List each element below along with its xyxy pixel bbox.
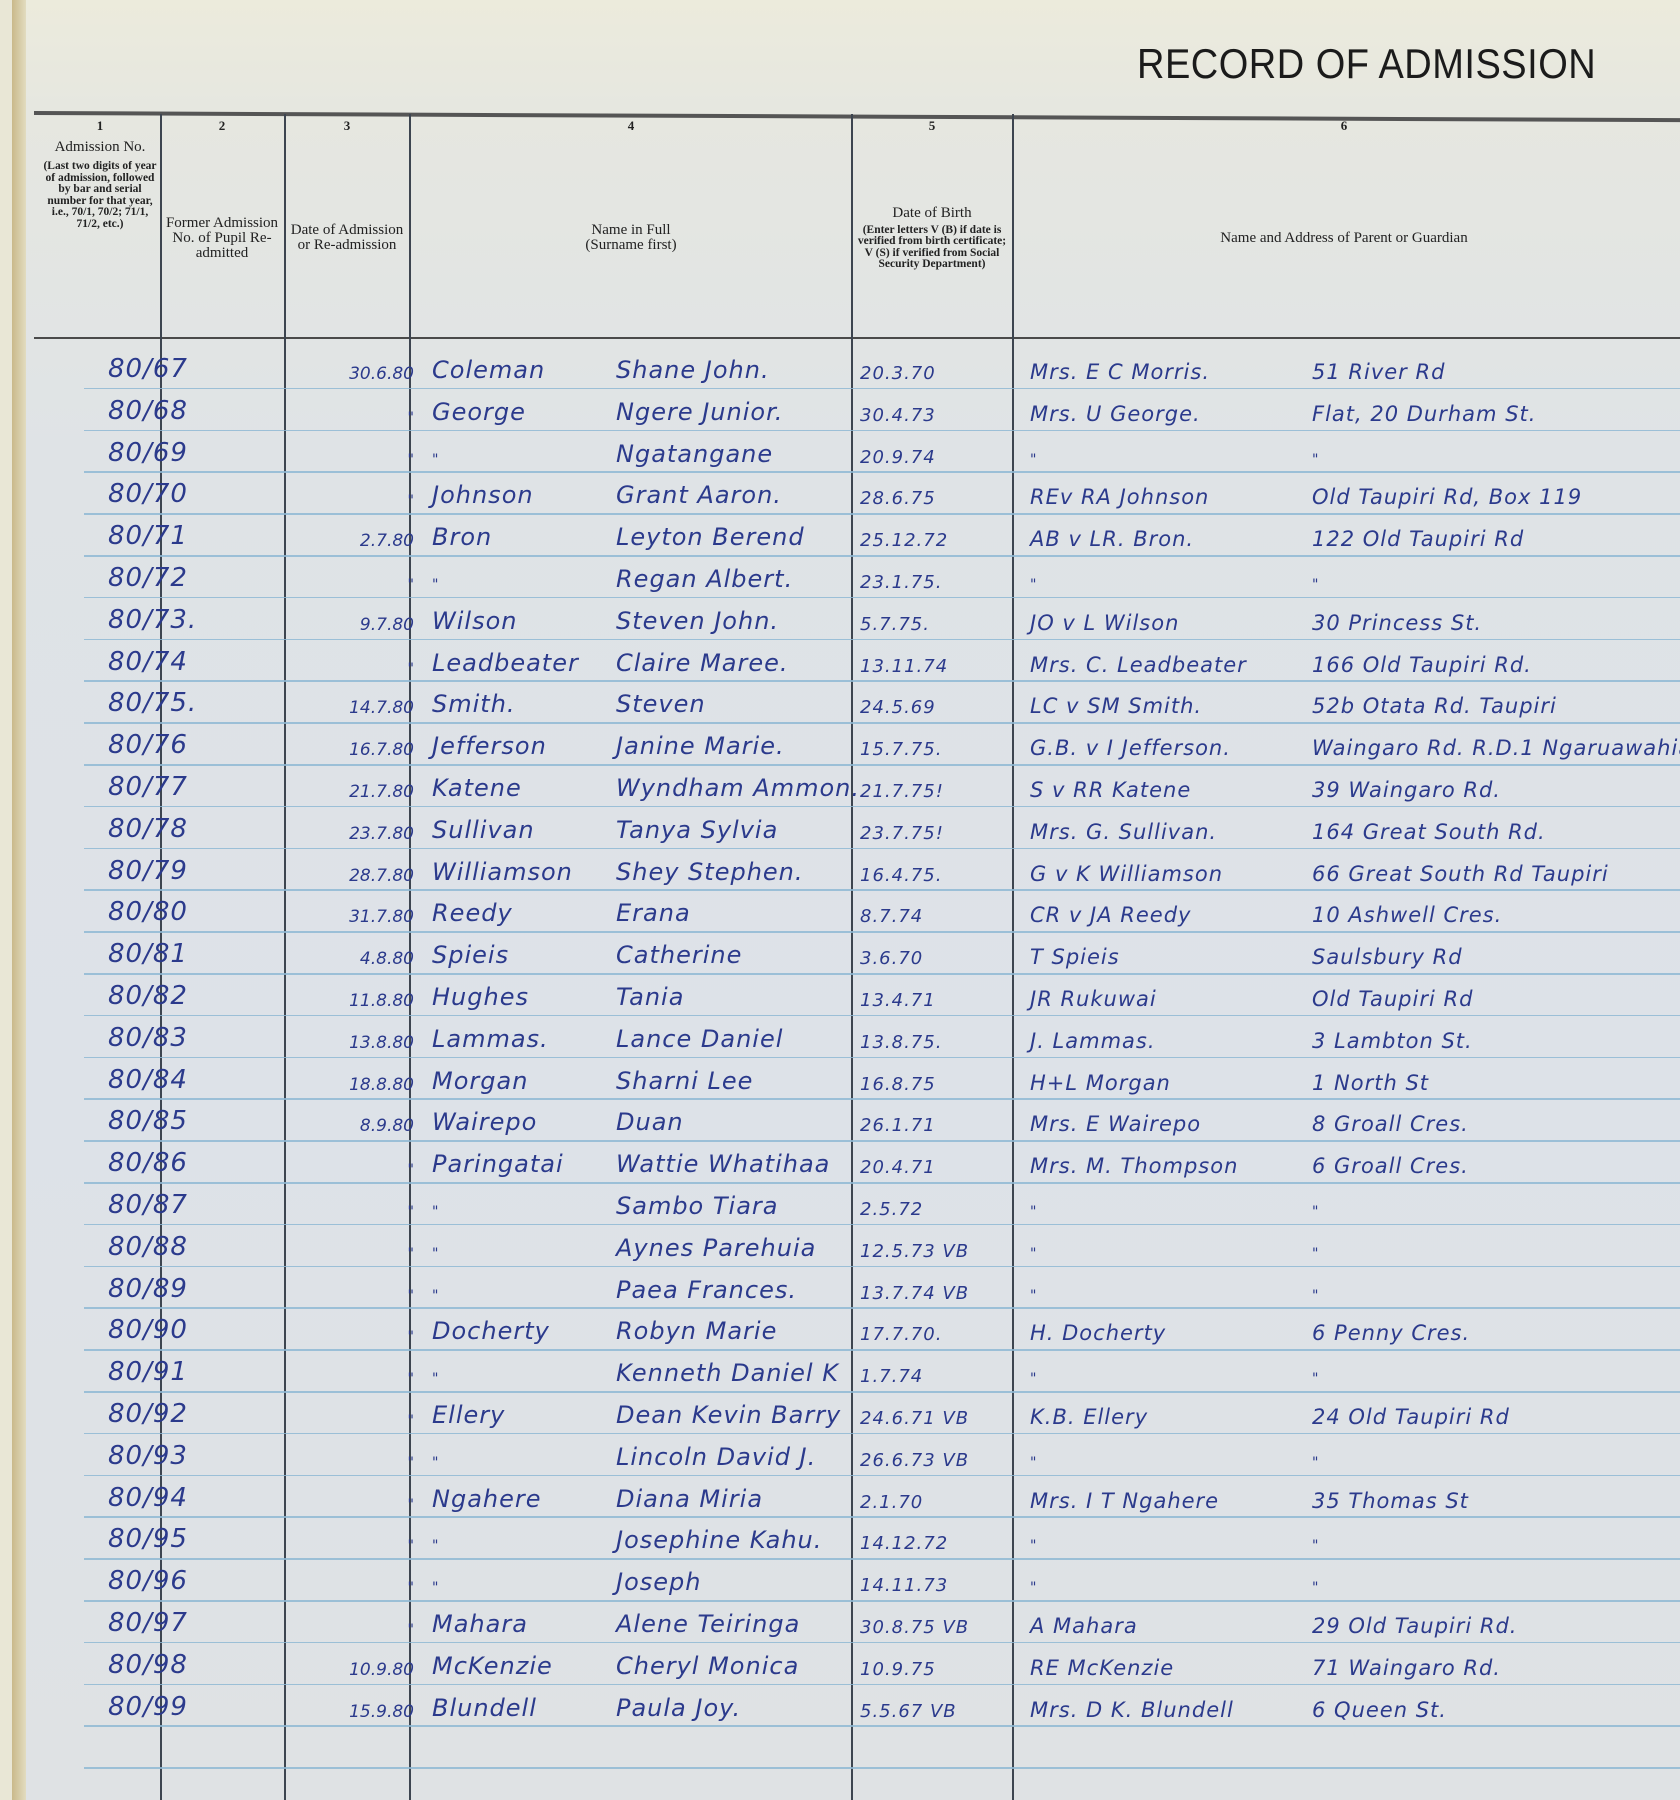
date-of-birth: 10.9.75 (860, 1659, 1020, 1680)
date-of-birth: 16.4.75. (860, 865, 1020, 886)
table-row: 80/73. 9.7.80 Wilson Steven John. 5.7.75… (12, 607, 1680, 638)
parent-name: LC v SM Smith. (1030, 694, 1202, 718)
admission-number: 80/75. (108, 688, 197, 718)
surname: Lammas. (432, 1025, 549, 1053)
date-of-birth: 13.8.75. (860, 1032, 1020, 1053)
given-names: Duan (616, 1108, 684, 1136)
parent-name: " (1030, 1538, 1037, 1554)
parent-name: " (1030, 1455, 1037, 1471)
surname: " (432, 1455, 439, 1471)
table-row: 80/92 " Ellery Dean Kevin Barry 24.6.71 … (12, 1401, 1680, 1432)
admission-number: 80/76 (108, 730, 188, 760)
admission-number: 80/92 (108, 1399, 188, 1429)
ruled-line (84, 1767, 1680, 1769)
given-names: Cheryl Monica (616, 1652, 799, 1680)
surname: Jefferson (432, 732, 547, 760)
table-row: 80/89 " " Paea Frances. 13.7.74 VB " " (12, 1276, 1680, 1307)
parent-name: H. Docherty (1030, 1321, 1166, 1345)
parent-address: " (1312, 1455, 1319, 1471)
parent-name: Mrs. M. Thompson (1030, 1154, 1238, 1178)
column-header-dob: 5 Date of Birth (Enter letters V (B) if … (854, 118, 1010, 336)
date-of-admission: 16.7.80 (294, 740, 414, 760)
date-of-admission: " (294, 1288, 414, 1304)
table-row: 80/76 16.7.80 Jefferson Janine Marie. 15… (12, 732, 1680, 763)
table-row: 80/94 " Ngahere Diana Miria 2.1.70 Mrs. … (12, 1485, 1680, 1516)
given-names: Ngere Junior. (616, 398, 783, 426)
table-row: 80/77 21.7.80 Katene Wyndham Ammon. 21.7… (12, 774, 1680, 805)
date-of-admission: 11.8.80 (294, 991, 414, 1011)
parent-name: JR Rukuwai (1030, 987, 1157, 1011)
date-of-birth: 26.6.73 VB (860, 1450, 1020, 1471)
table-row: 80/84 18.8.80 Morgan Sharni Lee 16.8.75 … (12, 1067, 1680, 1098)
surname: " (432, 1538, 439, 1554)
date-of-birth: 5.5.67 VB (860, 1701, 1020, 1722)
given-names: Paula Joy. (616, 1694, 741, 1722)
date-of-admission: " (294, 661, 414, 677)
admission-number: 80/70 (108, 479, 188, 509)
surname: McKenzie (432, 1652, 553, 1680)
column-note: (Surname first) (585, 238, 676, 253)
parent-address: 24 Old Taupiri Rd (1312, 1405, 1510, 1429)
parent-address: Flat, 20 Durham St. (1312, 402, 1536, 426)
admission-number: 80/91 (108, 1357, 188, 1387)
parent-name: Mrs. E Wairepo (1030, 1112, 1201, 1136)
date-of-birth: 20.4.71 (860, 1157, 1020, 1178)
ruled-line (84, 764, 1680, 766)
parent-address: Old Taupiri Rd, Box 119 (1312, 485, 1582, 509)
column-number: 5 (929, 118, 936, 134)
surname: Johnson (432, 481, 534, 509)
surname: Wairepo (432, 1108, 537, 1136)
column-heading: Name and Address of Parent or Guardian (1220, 231, 1467, 246)
surname: Katene (432, 774, 522, 802)
parent-name: G.B. v I Jefferson. (1030, 736, 1231, 760)
admission-number: 80/80 (108, 897, 188, 927)
parent-name: G v K Williamson (1030, 862, 1223, 886)
admission-number: 80/88 (108, 1232, 188, 1262)
surname: Blundell (432, 1694, 537, 1722)
parent-address: " (1312, 1580, 1319, 1596)
parent-name: " (1030, 1371, 1037, 1387)
given-names: Leyton Berend (616, 523, 805, 551)
date-of-admission: 28.7.80 (294, 866, 414, 886)
surname: " (432, 1371, 439, 1387)
admission-number: 80/72 (108, 563, 188, 593)
given-names: Diana Miria (616, 1485, 763, 1513)
ruled-line (84, 1182, 1680, 1184)
surname: " (432, 1204, 439, 1220)
table-row: 80/75. 14.7.80 Smith. Steven 24.5.69 LC … (12, 690, 1680, 721)
parent-address: 1 North St (1312, 1071, 1429, 1095)
date-of-admission: 10.9.80 (294, 1660, 414, 1680)
date-of-birth: 23.7.75! (860, 823, 1020, 844)
table-row: 80/74 " Leadbeater Claire Maree. 13.11.7… (12, 649, 1680, 680)
admission-number: 80/74 (108, 647, 188, 677)
table-row: 80/82 11.8.80 Hughes Tania 13.4.71 JR Ru… (12, 983, 1680, 1014)
date-of-birth: 24.5.69 (860, 697, 1020, 718)
ruled-line (84, 973, 1680, 975)
column-header-former-admission: 2 Former Admission No. of Pupil Re-admit… (162, 118, 282, 336)
parent-name: Mrs. U George. (1030, 402, 1201, 426)
date-of-birth: 5.7.75. (860, 614, 1020, 635)
ruled-line (84, 1349, 1680, 1351)
date-of-birth: 2.5.72 (860, 1199, 1020, 1220)
parent-name: CR v JA Reedy (1030, 903, 1191, 927)
column-note: (Last two digits of year of admission, f… (42, 161, 158, 230)
surname: Williamson (432, 858, 573, 886)
date-of-birth: 25.12.72 (860, 530, 1020, 551)
parent-address: 8 Groall Cres. (1312, 1112, 1469, 1136)
admission-number: 80/67 (108, 354, 188, 384)
table-row: 80/98 10.9.80 McKenzie Cheryl Monica 10.… (12, 1652, 1680, 1683)
table-row: 80/96 " " Joseph 14.11.73 " " (12, 1568, 1680, 1599)
date-of-birth: 21.7.75! (860, 781, 1020, 802)
parent-name: " (1030, 452, 1037, 468)
ruled-line (84, 1558, 1680, 1560)
given-names: Paea Frances. (616, 1276, 797, 1304)
given-names: Wattie Whatihaa (616, 1150, 830, 1178)
given-names: Josephine Kahu. (616, 1526, 822, 1554)
date-of-admission: " (294, 1371, 414, 1387)
given-names: Claire Maree. (616, 649, 789, 677)
parent-address: " (1312, 1204, 1319, 1220)
column-heading: Former Admission No. of Pupil Re-admitte… (162, 216, 282, 261)
parent-name: " (1030, 1288, 1037, 1304)
parent-name: JO v L Wilson (1030, 611, 1179, 635)
ruled-line (84, 1057, 1680, 1059)
column-header-name: 4 Name in Full (Surname first) (412, 118, 850, 336)
parent-address: 166 Old Taupiri Rd. (1312, 653, 1532, 677)
admission-number: 80/98 (108, 1650, 188, 1680)
date-of-admission: " (294, 1497, 414, 1513)
parent-address: 29 Old Taupiri Rd. (1312, 1614, 1517, 1638)
date-of-admission: " (294, 1580, 414, 1596)
given-names: Sharni Lee (616, 1067, 753, 1095)
ruled-line (84, 1600, 1680, 1602)
table-row: 80/93 " " Lincoln David J. 26.6.73 VB " … (12, 1443, 1680, 1474)
given-names: Wyndham Ammon. (616, 774, 860, 802)
parent-address: " (1312, 577, 1319, 593)
parent-name: Mrs. C. Leadbeater (1030, 653, 1247, 677)
surname: Morgan (432, 1067, 528, 1095)
column-note: (Enter letters V (B) if date is verified… (854, 225, 1010, 271)
ruled-line (84, 388, 1680, 390)
date-of-admission: 15.9.80 (294, 1702, 414, 1722)
ruled-line (84, 1307, 1680, 1309)
ruled-line (84, 1725, 1680, 1727)
admission-number: 80/77 (108, 772, 188, 802)
surname: " (432, 1580, 439, 1596)
given-names: Shane John. (616, 356, 770, 384)
date-of-birth: 8.7.74 (860, 906, 1020, 927)
column-header-parent: 6 Name and Address of Parent or Guardian (1014, 118, 1674, 336)
parent-name: " (1030, 1246, 1037, 1262)
surname: Paringatai (432, 1150, 564, 1178)
ruled-line (84, 806, 1680, 808)
parent-address: 6 Groall Cres. (1312, 1154, 1469, 1178)
ruled-line (84, 889, 1680, 891)
parent-address: Waingaro Rd. R.D.1 Ngaruawahia (1312, 736, 1680, 760)
table-row: 80/88 " " Aynes Parehuia 12.5.73 VB " " (12, 1234, 1680, 1265)
date-of-birth: 30.4.73 (860, 405, 1020, 426)
given-names: Lincoln David J. (616, 1443, 816, 1471)
date-of-birth: 30.8.75 VB (860, 1617, 1020, 1638)
admission-number: 80/89 (108, 1274, 188, 1304)
admission-number: 80/94 (108, 1483, 188, 1513)
column-heading: Admission No. (42, 140, 158, 155)
table-row: 80/69 " " Ngatangane 20.9.74 " " (12, 440, 1680, 471)
given-names: Aynes Parehuia (616, 1234, 816, 1262)
ruled-line (84, 1224, 1680, 1226)
page-title: RECORD OF ADMISSION (1137, 42, 1596, 89)
column-number: 4 (628, 118, 635, 134)
admission-number: 80/71 (108, 521, 188, 551)
date-of-admission: " (294, 1413, 414, 1429)
ruled-line (84, 1684, 1680, 1686)
surname: Mahara (432, 1610, 528, 1638)
parent-name: AB v LR. Bron. (1030, 527, 1194, 551)
date-of-birth: 15.7.75. (860, 739, 1020, 760)
date-of-admission: 4.8.80 (294, 949, 414, 969)
admission-number: 80/90 (108, 1315, 188, 1345)
date-of-birth: 16.8.75 (860, 1074, 1020, 1095)
date-of-birth: 23.1.75. (860, 572, 1020, 593)
date-of-birth: 13.7.74 VB (860, 1283, 1020, 1304)
parent-name: " (1030, 577, 1037, 593)
admission-number: 80/82 (108, 981, 188, 1011)
ruled-line (84, 1098, 1680, 1100)
ruled-line (84, 1433, 1680, 1435)
parent-address: " (1312, 1371, 1319, 1387)
date-of-admission: " (294, 1622, 414, 1638)
parent-name: Mrs. D K. Blundell (1030, 1698, 1234, 1722)
parent-name: RE McKenzie (1030, 1656, 1174, 1680)
date-of-admission: " (294, 1329, 414, 1345)
given-names: Sambo Tiara (616, 1192, 778, 1220)
surname: Coleman (432, 356, 545, 384)
ruled-line (84, 848, 1680, 850)
parent-address: 6 Penny Cres. (1312, 1321, 1470, 1345)
parent-name: H+L Morgan (1030, 1071, 1171, 1095)
surname: " (432, 577, 439, 593)
header-bottom-rule (34, 337, 1680, 339)
given-names: Tanya Sylvia (616, 816, 778, 844)
parent-address: 122 Old Taupiri Rd (1312, 527, 1524, 551)
ruled-line (84, 1475, 1680, 1477)
given-names: Ngatangane (616, 440, 773, 468)
date-of-admission: 8.9.80 (294, 1116, 414, 1136)
parent-address: 30 Princess St. (1312, 611, 1482, 635)
date-of-admission: 9.7.80 (294, 615, 414, 635)
parent-name: REv RA Johnson (1030, 485, 1209, 509)
surname: Ellery (432, 1401, 505, 1429)
surname: George (432, 398, 526, 426)
parent-name: A Mahara (1030, 1614, 1138, 1638)
parent-address: 71 Waingaro Rd. (1312, 1656, 1501, 1680)
column-header-admission-no: 1 Admission No. (Last two digits of year… (42, 118, 158, 336)
ruled-line (84, 555, 1680, 557)
date-of-admission: " (294, 452, 414, 468)
ruled-line (84, 1391, 1680, 1393)
parent-address: Saulsbury Rd (1312, 945, 1463, 969)
table-row: 80/91 " " Kenneth Daniel K 1.7.74 " " (12, 1359, 1680, 1390)
date-of-birth: 26.1.71 (860, 1115, 1020, 1136)
date-of-admission: 30.6.80 (294, 364, 414, 384)
ruled-line (84, 597, 1680, 599)
parent-name: T Spieis (1030, 945, 1120, 969)
table-row: 80/71 2.7.80 Bron Leyton Berend 25.12.72… (12, 523, 1680, 554)
parent-name: " (1030, 1580, 1037, 1596)
date-of-birth: 1.7.74 (860, 1366, 1020, 1387)
ledger-page: RECORD OF ADMISSION 1 Admission No. (Las… (12, 0, 1680, 1800)
date-of-admission: " (294, 577, 414, 593)
column-number: 2 (219, 118, 226, 134)
date-of-admission: 23.7.80 (294, 824, 414, 844)
date-of-admission: 31.7.80 (294, 907, 414, 927)
ruled-line (84, 1516, 1680, 1518)
column-heading: Name in Full (585, 223, 676, 238)
given-names: Grant Aaron. (616, 481, 782, 509)
surname: Bron (432, 523, 492, 551)
ruled-line (84, 430, 1680, 432)
given-names: Catherine (616, 941, 742, 969)
surname: Wilson (432, 607, 517, 635)
column-number: 3 (344, 118, 351, 134)
admission-number: 80/86 (108, 1148, 188, 1178)
date-of-birth: 14.12.72 (860, 1533, 1020, 1554)
surname: Smith. (432, 690, 516, 718)
table-row: 80/95 " " Josephine Kahu. 14.12.72 " " (12, 1526, 1680, 1557)
date-of-birth: 3.6.70 (860, 948, 1020, 969)
table-row: 80/72 " " Regan Albert. 23.1.75. " " (12, 565, 1680, 596)
table-row: 80/70 " Johnson Grant Aaron. 28.6.75 REv… (12, 481, 1680, 512)
ruled-line (84, 931, 1680, 933)
ruled-line (84, 1140, 1680, 1142)
admission-number: 80/79 (108, 856, 188, 886)
given-names: Robyn Marie (616, 1317, 777, 1345)
column-heading: Date of Birth (854, 206, 1010, 221)
parent-address: 66 Great South Rd Taupiri (1312, 862, 1609, 886)
parent-name: Mrs. I T Ngahere (1030, 1489, 1219, 1513)
surname: Spieis (432, 941, 509, 969)
parent-address: " (1312, 1246, 1319, 1262)
table-row: 80/97 " Mahara Alene Teiringa 30.8.75 VB… (12, 1610, 1680, 1641)
surname: Docherty (432, 1317, 550, 1345)
date-of-admission: " (294, 410, 414, 426)
table-row: 80/67 30.6.80 Coleman Shane John. 20.3.7… (12, 356, 1680, 387)
parent-address: 10 Ashwell Cres. (1312, 903, 1502, 927)
table-row: 80/68 " George Ngere Junior. 30.4.73 Mrs… (12, 398, 1680, 429)
given-names: Kenneth Daniel K (616, 1359, 839, 1387)
table-row: 80/87 " " Sambo Tiara 2.5.72 " " (12, 1192, 1680, 1223)
table-row: 80/99 15.9.80 Blundell Paula Joy. 5.5.67… (12, 1694, 1680, 1725)
table-row: 80/78 23.7.80 Sullivan Tanya Sylvia 23.7… (12, 816, 1680, 847)
date-of-admission: " (294, 1204, 414, 1220)
date-of-admission: 13.8.80 (294, 1033, 414, 1053)
column-number: 6 (1341, 118, 1348, 134)
table-row: 80/86 " Paringatai Wattie Whatihaa 20.4.… (12, 1150, 1680, 1181)
parent-address: 164 Great South Rd. (1312, 820, 1546, 844)
ruled-line (84, 722, 1680, 724)
surname: " (432, 1246, 439, 1262)
table-row: 80/79 28.7.80 Williamson Shey Stephen. 1… (12, 858, 1680, 889)
date-of-admission: 18.8.80 (294, 1075, 414, 1095)
surname: Hughes (432, 983, 529, 1011)
parent-address: 39 Waingaro Rd. (1312, 778, 1501, 802)
surname: " (432, 1288, 439, 1304)
parent-address: 6 Queen St. (1312, 1698, 1447, 1722)
date-of-admission: " (294, 493, 414, 509)
parent-name: K.B. Ellery (1030, 1405, 1148, 1429)
admission-number: 80/81 (108, 939, 188, 969)
parent-address: 35 Thomas St (1312, 1489, 1469, 1513)
date-of-birth: 20.9.74 (860, 447, 1020, 468)
surname: Ngahere (432, 1485, 542, 1513)
admission-number: 80/73. (108, 605, 197, 635)
column-heading: Date of Admission or Re-admission (286, 223, 408, 253)
table-row: 80/83 13.8.80 Lammas. Lance Daniel 13.8.… (12, 1025, 1680, 1056)
column-header-date-admission: 3 Date of Admission or Re-admission (286, 118, 408, 336)
ruled-line (84, 1642, 1680, 1644)
table-row: 80/90 " Docherty Robyn Marie 17.7.70. H.… (12, 1317, 1680, 1348)
parent-address: 51 River Rd (1312, 360, 1445, 384)
admission-number: 80/87 (108, 1190, 188, 1220)
date-of-birth: 13.4.71 (860, 990, 1020, 1011)
date-of-birth: 2.1.70 (860, 1492, 1020, 1513)
date-of-admission: 2.7.80 (294, 531, 414, 551)
admission-number: 80/68 (108, 396, 188, 426)
admission-number: 80/99 (108, 1692, 188, 1722)
parent-name: " (1030, 1204, 1037, 1220)
date-of-admission: " (294, 1246, 414, 1262)
given-names: Regan Albert. (616, 565, 793, 593)
parent-name: Mrs. E C Morris. (1030, 360, 1210, 384)
parent-name: Mrs. G. Sullivan. (1030, 820, 1217, 844)
parent-address: Old Taupiri Rd (1312, 987, 1473, 1011)
given-names: Tania (616, 983, 684, 1011)
ruled-line (84, 680, 1680, 682)
table-row: 80/80 31.7.80 Reedy Erana 8.7.74 CR v JA… (12, 899, 1680, 930)
admission-number: 80/84 (108, 1065, 188, 1095)
date-of-birth: 12.5.73 VB (860, 1241, 1020, 1262)
parent-address: " (1312, 452, 1319, 468)
admission-number: 80/97 (108, 1608, 188, 1638)
date-of-admission: 14.7.80 (294, 698, 414, 718)
surname: " (432, 452, 439, 468)
surname: Sullivan (432, 816, 535, 844)
column-number: 1 (97, 118, 104, 134)
date-of-birth: 24.6.71 VB (860, 1408, 1020, 1429)
ruled-line (84, 471, 1680, 473)
surname: Reedy (432, 899, 513, 927)
admission-number: 80/96 (108, 1566, 188, 1596)
admission-number: 80/83 (108, 1023, 188, 1053)
date-of-birth: 20.3.70 (860, 363, 1020, 384)
ruled-line (84, 1266, 1680, 1268)
admission-number: 80/78 (108, 814, 188, 844)
ruled-line (84, 639, 1680, 641)
ruled-line (84, 1015, 1680, 1017)
parent-address: " (1312, 1538, 1319, 1554)
parent-address: 3 Lambton St. (1312, 1029, 1473, 1053)
date-of-birth: 13.11.74 (860, 656, 1020, 677)
parent-name: S v RR Katene (1030, 778, 1191, 802)
date-of-admission: " (294, 1455, 414, 1471)
given-names: Lance Daniel (616, 1025, 783, 1053)
date-of-birth: 17.7.70. (860, 1324, 1020, 1345)
ruled-line (84, 513, 1680, 515)
date-of-admission: 21.7.80 (294, 782, 414, 802)
